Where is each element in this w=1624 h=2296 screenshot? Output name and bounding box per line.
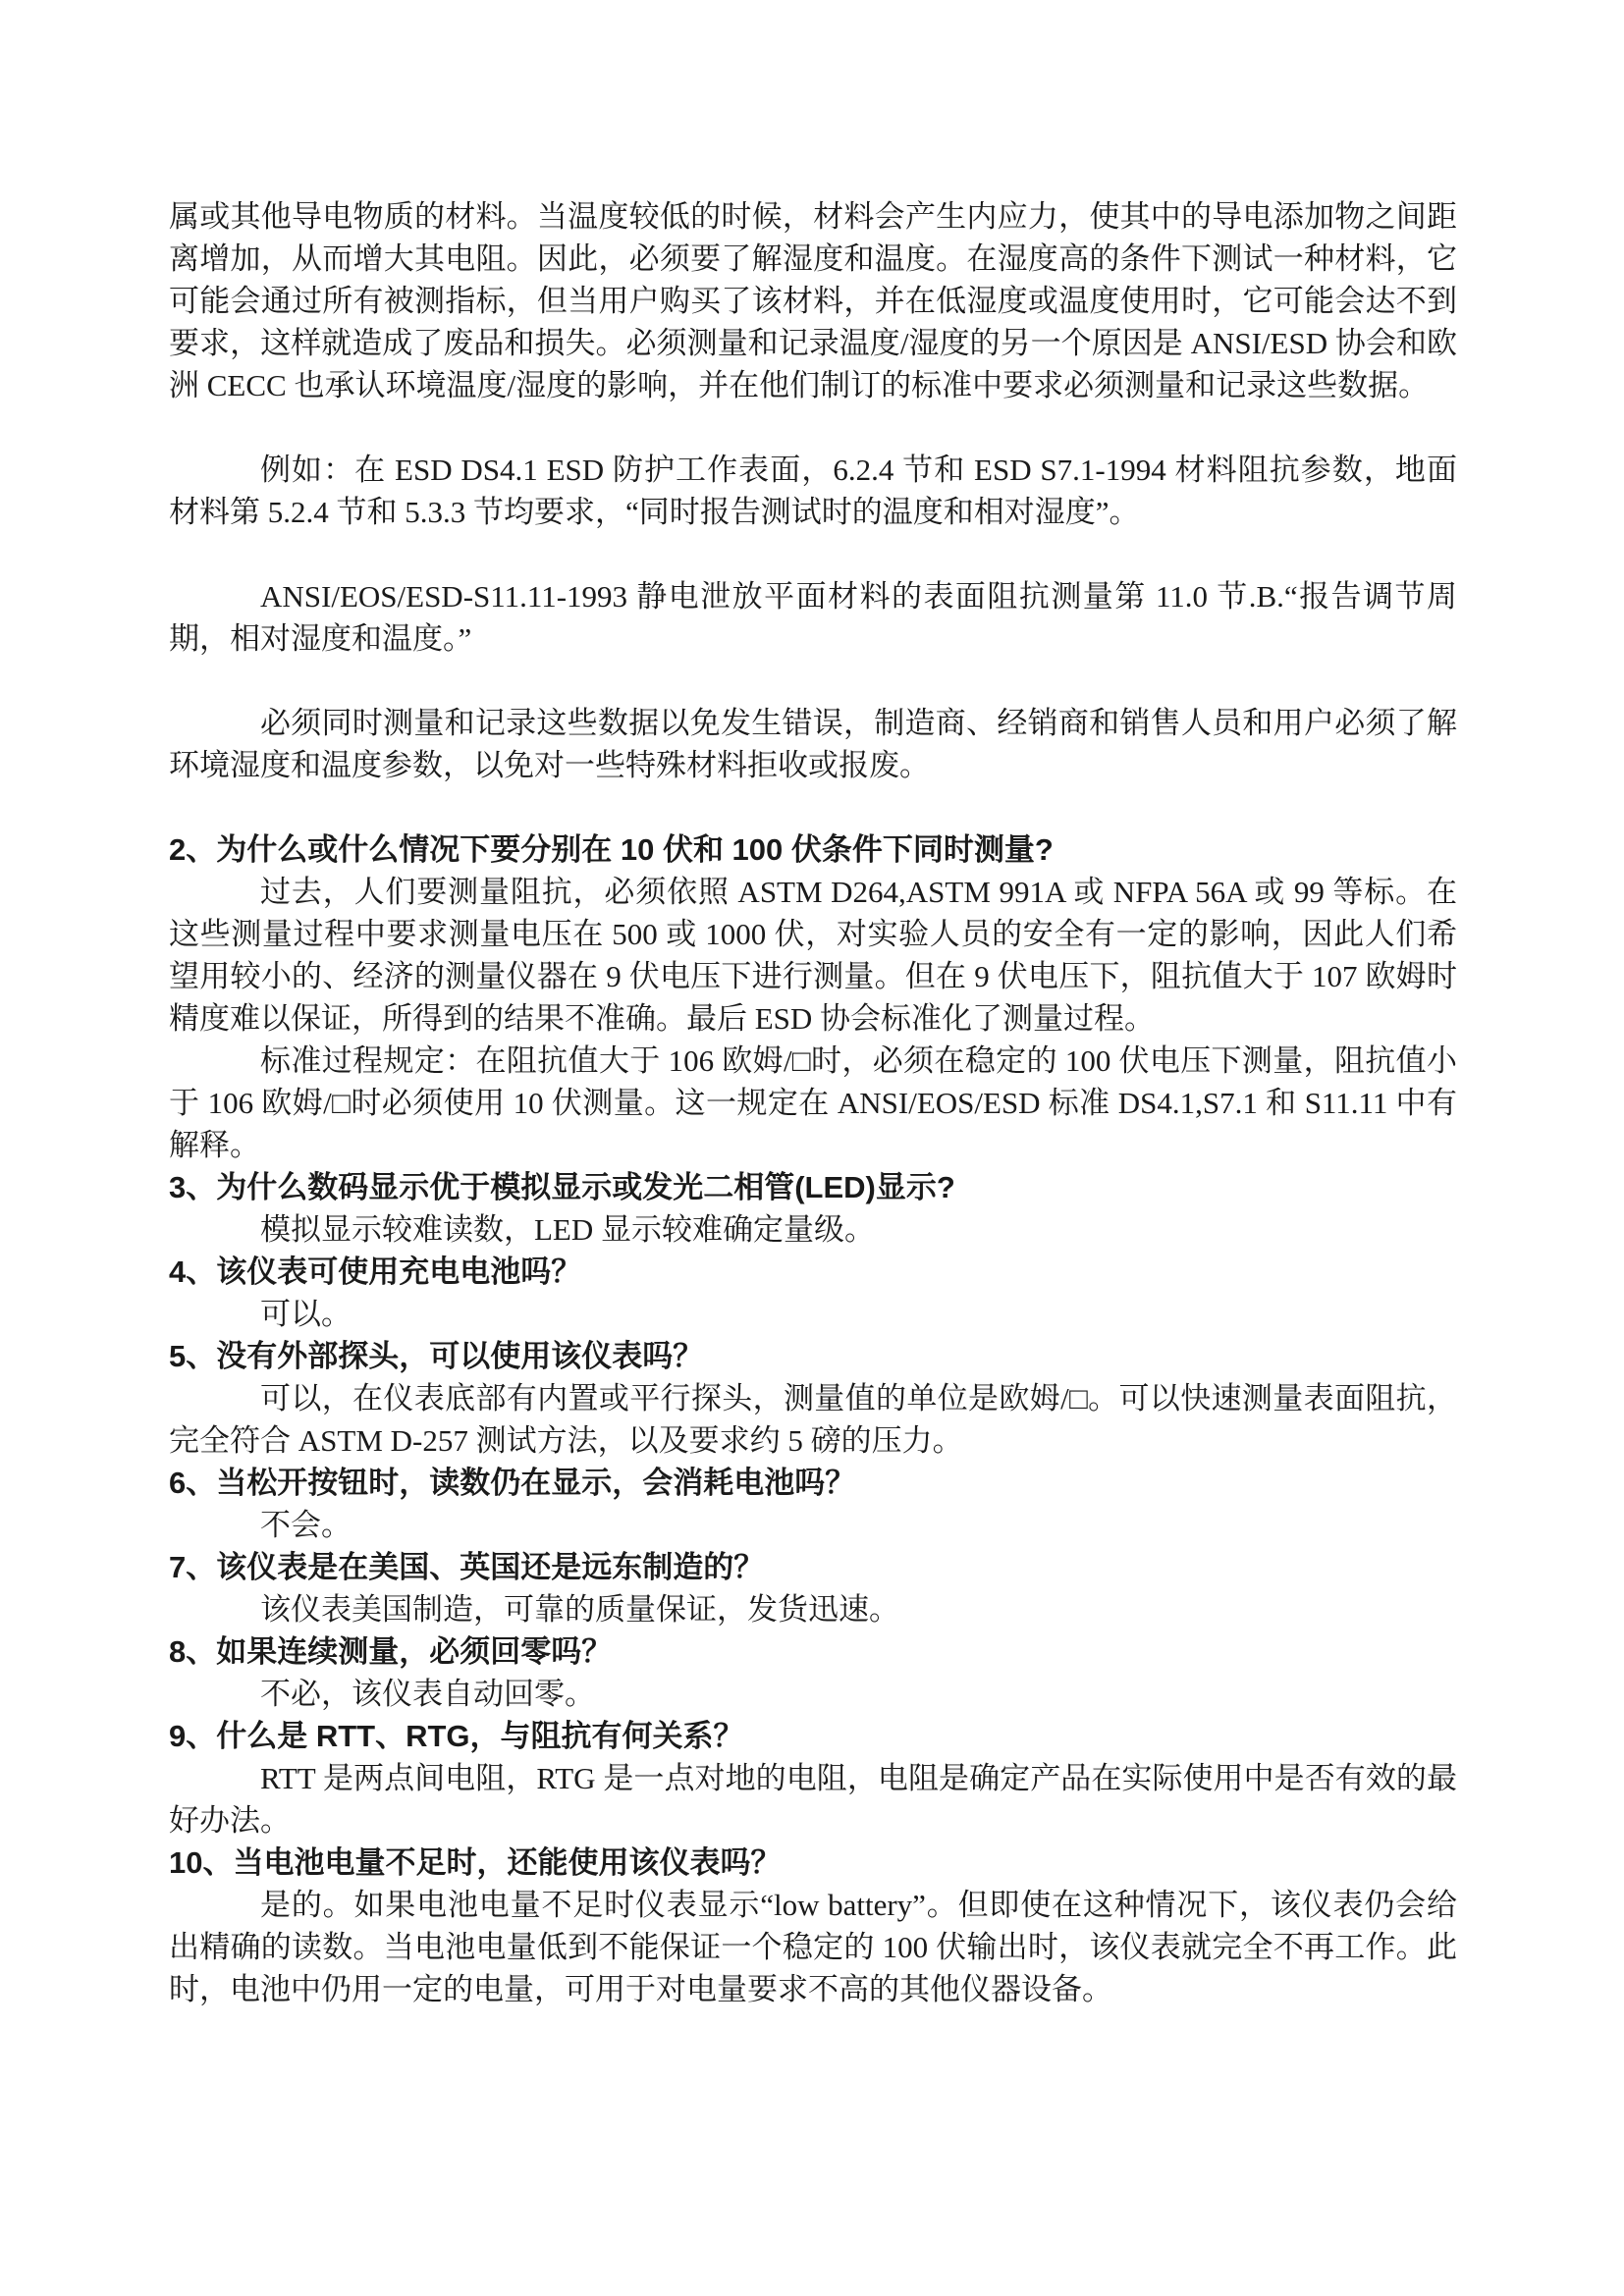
body-paragraph: 可以。	[169, 1293, 1457, 1335]
body-paragraph: 例如：在 ESD DS4.1 ESD 防护工作表面，6.2.4 节和 ESD S…	[169, 449, 1457, 533]
body-paragraph: 模拟显示较难读数，LED 显示较难确定量级。	[169, 1208, 1457, 1251]
faq-question-heading: 4、该仪表可使用充电电池吗？	[169, 1251, 1457, 1293]
body-paragraph: RTT 是两点间电阻，RTG 是一点对地的电阻，电阻是确定产品在实际使用中是否有…	[169, 1757, 1457, 1842]
faq-question-heading: 7、该仪表是在美国、英国还是远东制造的？	[169, 1546, 1457, 1588]
body-paragraph: 不会。	[169, 1504, 1457, 1546]
faq-question-heading: 2、为什么或什么情况下要分别在 10 伏和 100 伏条件下同时测量?	[169, 828, 1457, 871]
faq-question-heading: 3、为什么数码显示优于模拟显示或发光二相管(LED)显示?	[169, 1166, 1457, 1208]
faq-question-heading: 5、没有外部探头，可以使用该仪表吗？	[169, 1335, 1457, 1377]
faq-question-heading: 6、当松开按钮时，读数仍在显示，会消耗电池吗？	[169, 1462, 1457, 1504]
body-paragraph: 过去，人们要测量阻抗，必须依照 ASTM D264,ASTM 991A 或 NF…	[169, 871, 1457, 1040]
faq-question-heading: 9、什么是 RTT、RTG，与阻抗有何关系？	[169, 1715, 1457, 1757]
body-paragraph: 标准过程规定：在阻抗值大于 106 欧姆/□时，必须在稳定的 100 伏电压下测…	[169, 1040, 1457, 1166]
faq-question-heading: 8、如果连续测量，必须回零吗？	[169, 1630, 1457, 1673]
body-paragraph: 是的。如果电池电量不足时仪表显示“low battery”。但即使在这种情况下，…	[169, 1884, 1457, 2010]
body-paragraph: 不必，该仪表自动回零。	[169, 1673, 1457, 1715]
body-paragraph: 必须同时测量和记录这些数据以免发生错误，制造商、经销商和销售人员和用户必须了解环…	[169, 702, 1457, 786]
document-page: 属或其他导电物质的材料。当温度较低的时候，材料会产生内应力，使其中的导电添加物之…	[0, 0, 1624, 2296]
body-paragraph: 可以，在仪表底部有内置或平行探头，测量值的单位是欧姆/□。可以快速测量表面阻抗，…	[169, 1377, 1457, 1462]
body-paragraph: 属或其他导电物质的材料。当温度较低的时候，材料会产生内应力，使其中的导电添加物之…	[169, 195, 1457, 406]
body-paragraph: ANSI/EOS/ESD-S11.11-1993 静电泄放平面材料的表面阻抗测量…	[169, 575, 1457, 660]
faq-question-heading: 10、当电池电量不足时，还能使用该仪表吗？	[169, 1842, 1457, 1884]
body-paragraph: 该仪表美国制造，可靠的质量保证，发货迅速。	[169, 1588, 1457, 1630]
